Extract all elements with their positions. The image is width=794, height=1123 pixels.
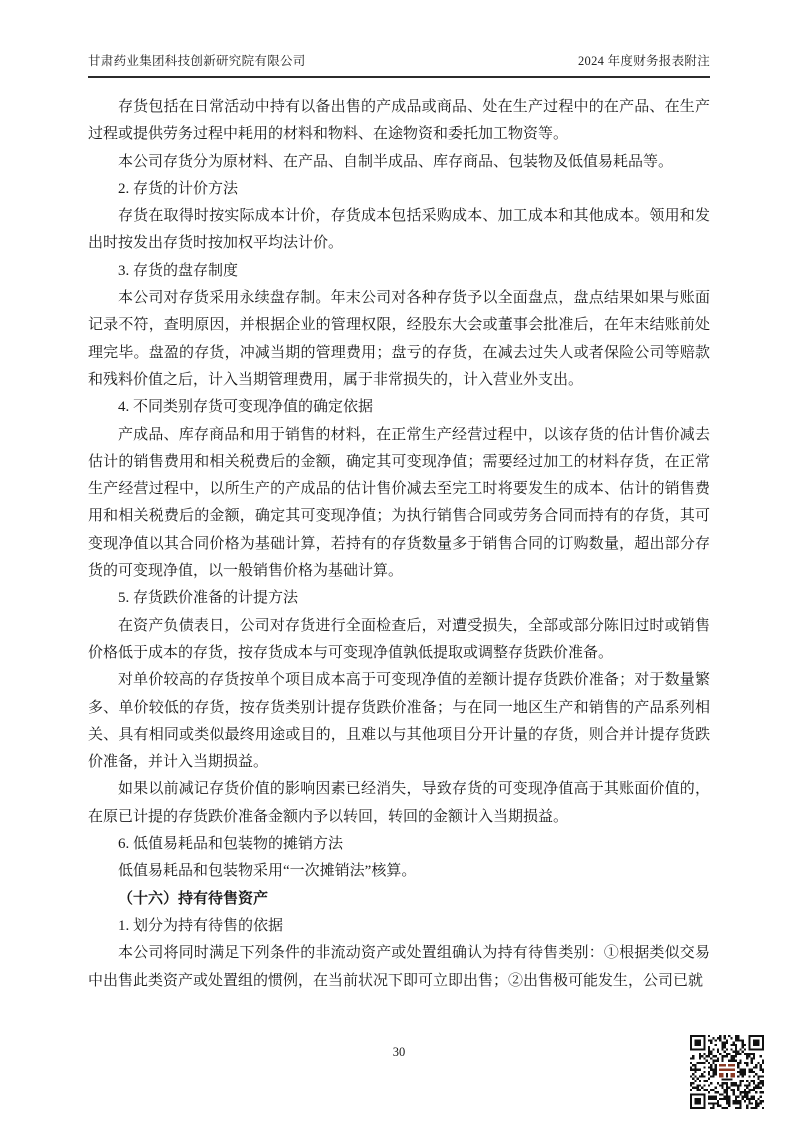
paragraph-nrv-detail: 产成品、库存商品和用于销售的材料，在正常生产经营过程中，以该存货的估计售价减去估… bbox=[88, 422, 710, 586]
heading-inventory-valuation: 2. 存货的计价方法 bbox=[88, 176, 710, 203]
page-header: 甘肃药业集团科技创新研究院有限公司 2024 年度财务报表附注 bbox=[88, 0, 710, 78]
paragraph-amortization-detail: 低值易耗品和包装物采用“一次摊销法”核算。 bbox=[88, 858, 710, 885]
header-doc-title: 2024 年度财务报表附注 bbox=[578, 51, 710, 69]
paragraph-provision-check: 在资产负债表日，公司对存货进行全面检查后，对遭受损失，全部或部分陈旧过时或销售价… bbox=[88, 613, 710, 668]
heading-provision-method: 5. 存货跌价准备的计提方法 bbox=[88, 585, 710, 612]
paragraph-provision-reversal: 如果以前减记存货价值的影响因素已经消失，导致存货的可变现净值高于其账面价值的，在… bbox=[88, 776, 710, 831]
paragraph-count-system-detail: 本公司对存货采用永续盘存制。年末公司对各种存货予以全面盘点，盘点结果如果与账面记… bbox=[88, 285, 710, 394]
header-company-name: 甘肃药业集团科技创新研究院有限公司 bbox=[88, 51, 306, 69]
heading-amortization-method: 6. 低值易耗品和包装物的摊销方法 bbox=[88, 831, 710, 858]
qr-code-icon bbox=[690, 1035, 764, 1109]
heading-hfs-basis: 1. 划分为持有待售的依据 bbox=[88, 913, 710, 940]
paragraph-provision-grouping: 对单价较高的存货按单个项目成本高于可变现净值的差额计提存货跌价准备；对于数量繁多… bbox=[88, 667, 710, 776]
heading-inventory-count-system: 3. 存货的盘存制度 bbox=[88, 258, 710, 285]
heading-nrv-determination: 4. 不同类别存货可变现净值的确定依据 bbox=[88, 394, 710, 421]
heading-held-for-sale: （十六）持有待售资产 bbox=[88, 886, 710, 913]
paragraph-inventory-categories: 本公司存货分为原材料、在产品、自制半成品、库存商品、包装物及低值易耗品等。 bbox=[88, 149, 710, 176]
paragraph-valuation-detail: 存货在取得时按实际成本计价，存货成本包括采购成本、加工成本和其他成本。领用和发出… bbox=[88, 203, 710, 258]
page-number: 30 bbox=[88, 1045, 710, 1060]
document-body: 存货包括在日常活动中持有以备出售的产成品或商品、处在生产过程中的在产品、在生产过… bbox=[88, 76, 710, 995]
document-page: 甘肃药业集团科技创新研究院有限公司 2024 年度财务报表附注 存货包括在日常活… bbox=[0, 0, 794, 1123]
paragraph-inventory-scope: 存货包括在日常活动中持有以备出售的产成品或商品、处在生产过程中的在产品、在生产过… bbox=[88, 94, 710, 149]
paragraph-hfs-conditions: 本公司将同时满足下列条件的非流动资产或处置组确认为持有待售类别：①根据类似交易中… bbox=[88, 940, 710, 995]
